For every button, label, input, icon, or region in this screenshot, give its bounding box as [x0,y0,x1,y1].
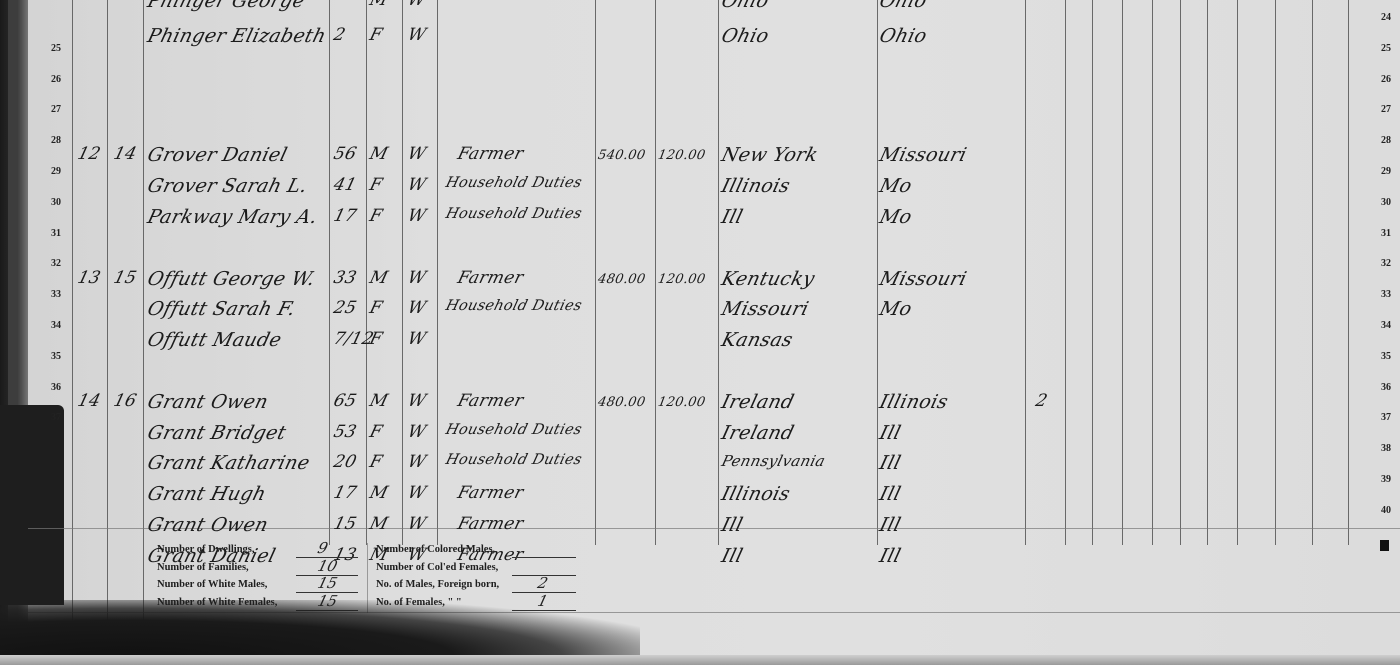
column-rule [329,0,330,545]
row-number-left: 30 [43,197,69,208]
page-bottom-edge [0,655,1400,665]
column-rule [1122,0,1123,545]
entry-other: Ohio [877,25,929,47]
entry-other: Mo [877,175,914,197]
row-number-right: 27 [1373,104,1399,115]
row-number-left: 29 [43,166,69,177]
entry-name: Offutt Maude [145,329,284,351]
column-rule [1237,0,1238,545]
entry-occupation: Farmer [456,514,526,534]
entry-other: Illinois [877,391,950,413]
entry-occupation: Farmer [456,483,526,503]
row-number-right: 35 [1373,351,1399,362]
entry-birthplace: Pennsylvania [720,452,828,470]
entry-real-estate: 480.00 [597,272,647,287]
summary-label: Number of Families, [157,562,249,573]
row-number-right: 26 [1373,74,1399,85]
row-number-left: 35 [43,351,69,362]
entry-personal-estate: 120.00 [657,148,707,163]
entry-other: Missouri [877,268,969,290]
row-number-right: 39 [1373,474,1399,485]
row-number-right: 24 [1373,12,1399,23]
summary-label: Number of White Males, [157,579,267,590]
column-rule [437,0,438,545]
column-rule [402,0,403,545]
row-number-right: 28 [1373,135,1399,146]
entry-birthplace: Kentucky [719,268,817,290]
row-number-right: 31 [1373,228,1399,239]
column-rule [1180,0,1181,545]
entry-other: Ohio [877,0,929,12]
row-number-left: 37 [43,412,69,423]
entry-birthplace: Ohio [719,25,771,47]
entry-name: Phinger George [145,0,307,12]
entry-name: Parkway Mary A. [145,206,320,228]
column-rule [1092,0,1093,545]
row-number-left: 36 [43,382,69,393]
ink-blot [1380,540,1389,551]
column-rule [366,0,367,545]
entry-name: Offutt Sarah F. [145,298,297,320]
entry-birthplace: Ireland [719,391,796,413]
entry-real-estate: 480.00 [597,395,647,410]
entry-name: Grant Bridget [145,422,288,444]
column-rule [1025,0,1026,545]
entry-occupation: Household Duties [444,422,584,438]
column-rule [1348,0,1349,545]
entry-occupation: Household Duties [444,452,584,468]
column-rule [877,0,878,545]
row-number-right: 29 [1373,166,1399,177]
entry-occupation: Farmer [456,144,526,164]
entry-name: Grant Owen [145,391,270,413]
entry-name: Grover Sarah L. [145,175,309,197]
entry-birthplace: Illinois [719,483,792,505]
column-rule [1065,0,1066,545]
entry-name: Grant Katharine [145,452,312,474]
row-number-left: 27 [43,104,69,115]
entry-occupation: Household Duties [444,175,584,191]
entry-personal-estate: 120.00 [657,395,707,410]
row-number-right: 25 [1373,43,1399,54]
entry-name: Grant Owen [145,514,270,536]
row-number-left: 32 [43,258,69,269]
column-rule [143,0,144,620]
summary-label: Number of Colored Males, [376,544,495,555]
row-number-left: 34 [43,320,69,331]
entry-name: Phinger Elizabeth [145,25,328,47]
row-number-right: 33 [1373,289,1399,300]
summary-label: Number of Col'ed Females, [376,562,498,573]
entry-birthplace: Ireland [719,422,796,444]
column-rule [72,0,73,620]
row-number-right: 32 [1373,258,1399,269]
entry-other: Missouri [877,144,969,166]
column-rule [1312,0,1313,545]
row-number-left: 26 [43,74,69,85]
entry-other: Mo [877,298,914,320]
entry-birthplace: Kansas [719,329,795,351]
column-rule [1275,0,1276,545]
entry-birthplace: Illinois [719,175,792,197]
entry-real-estate: 540.00 [597,148,647,163]
page-shadow [0,405,64,605]
column-rule [595,0,596,545]
row-number-right: 30 [1373,197,1399,208]
column-rule [1152,0,1153,545]
entry-name: Grover Daniel [145,144,289,166]
entry-occupation: Farmer [456,391,526,411]
row-number-right: 38 [1373,443,1399,454]
entry-occupation: Household Duties [444,206,584,222]
entry-birthplace: Missouri [719,298,811,320]
row-number-right: 34 [1373,320,1399,331]
entry-personal-estate: 120.00 [657,272,707,287]
row-number-left: 25 [43,43,69,54]
entry-birthplace: Ohio [719,0,771,12]
entry-occupation: Household Duties [444,298,584,314]
row-number-left: 28 [43,135,69,146]
entry-name: Grant Hugh [145,483,268,505]
row-number-right: 40 [1373,505,1399,516]
column-rule [1207,0,1208,545]
column-rule [655,0,656,545]
column-rule [107,0,108,620]
summary-underline [512,557,576,558]
entry-birthplace: New York [719,144,820,166]
column-rule [718,0,719,545]
row-number-left: 31 [43,228,69,239]
row-number-right: 36 [1373,382,1399,393]
entry-name: Offutt George W. [145,268,317,290]
summary-label: No. of Males, Foreign born, [376,579,499,590]
entry-occupation: Farmer [456,268,526,288]
row-number-left: 33 [43,289,69,300]
row-number-right: 37 [1373,412,1399,423]
entry-other: Mo [877,206,914,228]
summary-label: Number of Dwellings, [157,544,255,555]
